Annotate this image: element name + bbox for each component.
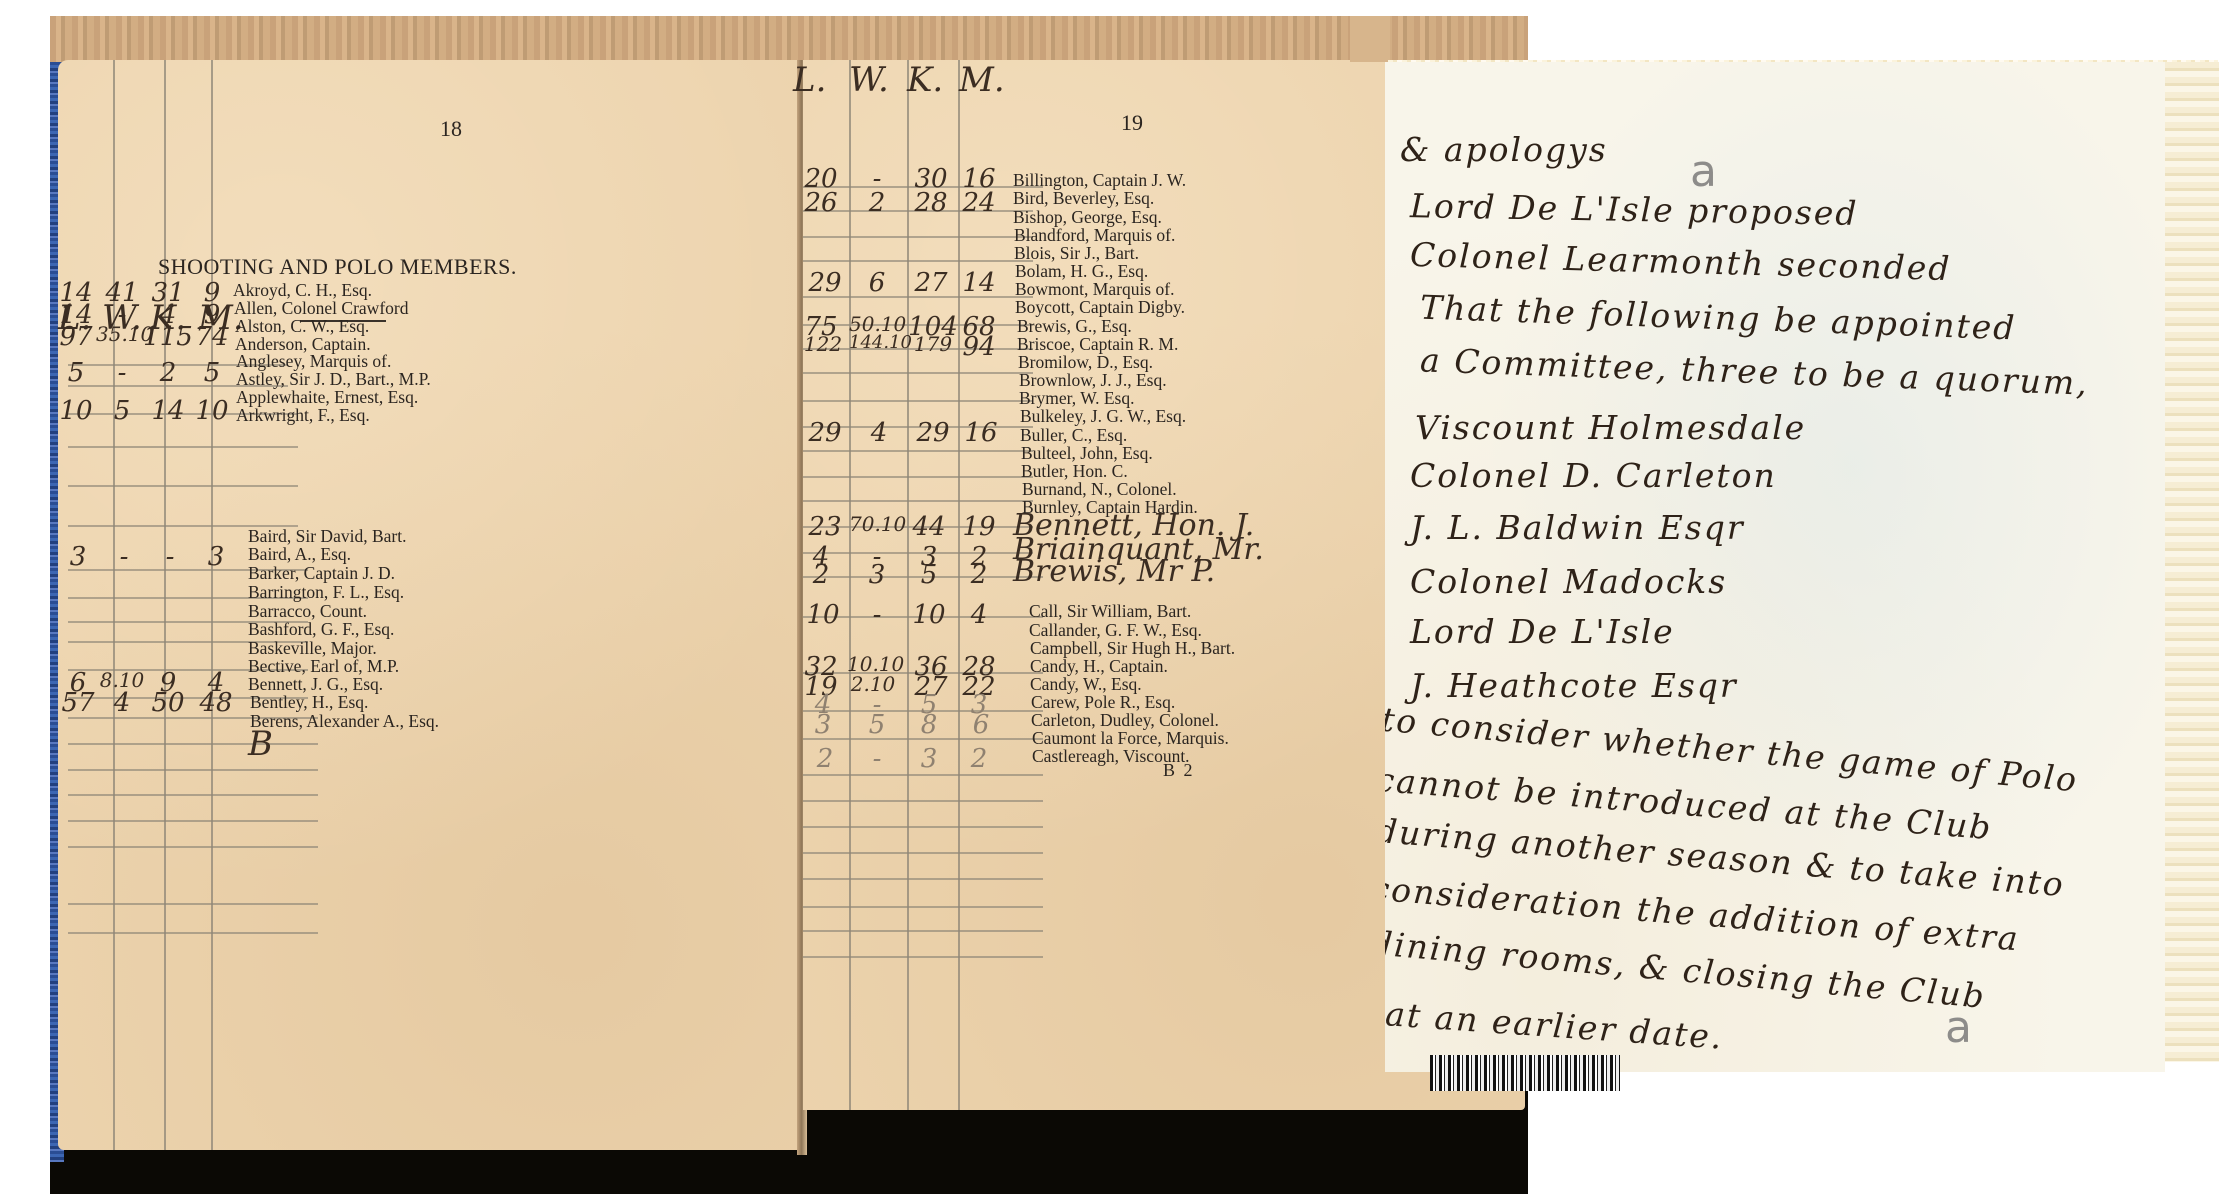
letter-line: Colonel Learmonth seconded [1410, 235, 1952, 288]
col-header-l: L. [793, 60, 826, 100]
committee-member: Colonel D. Carleton [1410, 456, 1777, 495]
section-title: SHOOTING AND POLO MEMBERS. [158, 254, 517, 280]
letter-line: at an earlier date. [1384, 994, 1725, 1057]
column-rule [211, 60, 213, 1150]
scan-artifact [1430, 1055, 1620, 1091]
letter-line: a Committee, three to be a quorum, [1420, 340, 2090, 402]
letter-right-edge [2165, 62, 2219, 1062]
handwritten-mark: B [248, 724, 273, 764]
committee-member: Viscount Holmesdale [1415, 408, 1806, 447]
committee-member: Lord De L'Isle [1410, 612, 1675, 651]
book-top-edge [50, 16, 1528, 62]
signature-mark: B 2 [1163, 760, 1195, 781]
column-rule [164, 60, 166, 1150]
letter-line: That the following be appointed [1420, 288, 2018, 348]
letter-line: & apologys [1400, 130, 1608, 169]
committee-member: J. L. Baldwin Esqr [1410, 508, 1745, 547]
page-number: 18 [440, 116, 462, 142]
column-rule [113, 60, 115, 1150]
committee-member: Colonel Madocks [1410, 562, 1727, 601]
letter-corner [1350, 16, 1390, 62]
committee-member: J. Heathcote Esqr [1410, 666, 1738, 705]
letter-line: Lord De L'Isle proposed [1410, 186, 1859, 233]
left-page: 18 SHOOTING AND POLO MEMBERS. L. W. K. M… [58, 60, 800, 1150]
col-header-m: M. [959, 60, 1005, 100]
handwritten-letter: & apologys a Lord De L'Isle proposed Col… [1385, 62, 2165, 1072]
pencil-mark: a [1690, 146, 1717, 197]
page-number: 19 [1121, 110, 1143, 136]
col-header-k: K. [907, 60, 943, 100]
pencil-mark: a [1945, 1002, 1972, 1053]
col-header-w: W. [849, 60, 889, 100]
